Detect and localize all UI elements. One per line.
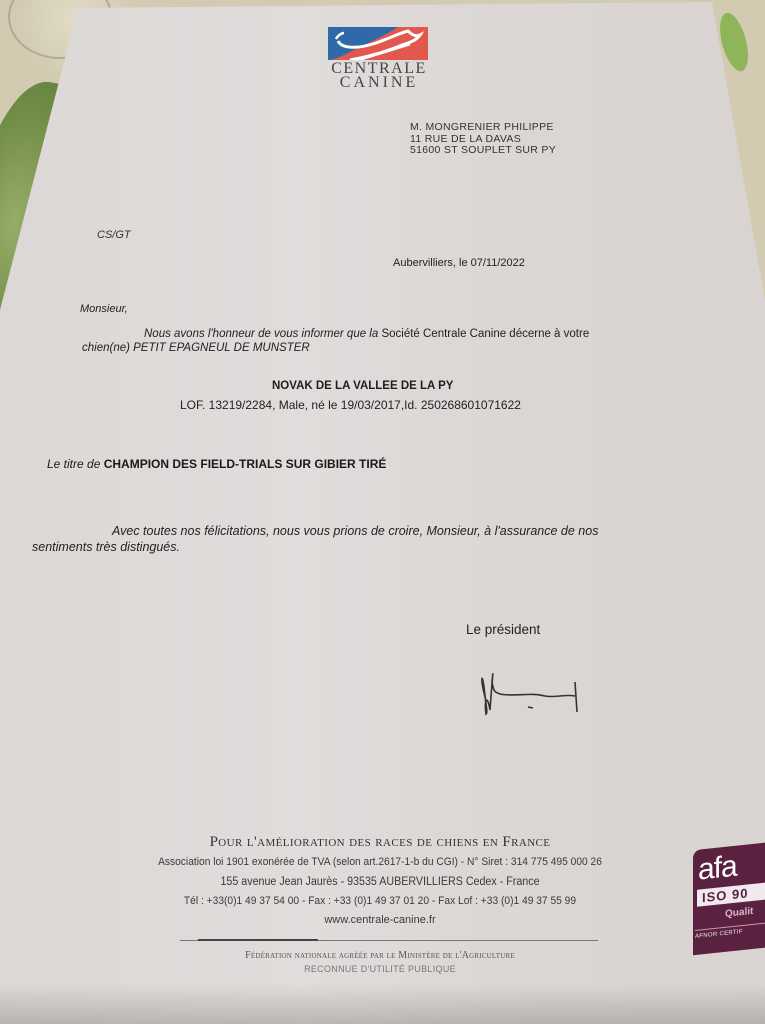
centrale-canine-logo-icon bbox=[328, 27, 428, 60]
dog-details: LOF. 13219/2284, Male, né le 19/03/2017,… bbox=[180, 398, 521, 412]
place-date: Aubervilliers, le 07/11/2022 bbox=[393, 257, 525, 269]
signatory-label: Le président bbox=[466, 622, 540, 637]
afaq-brand: afa bbox=[698, 850, 737, 888]
closing-paragraph: Avec toutes nos félicitations, nous vous… bbox=[32, 523, 762, 555]
org-name: Centrale Canine bbox=[310, 62, 448, 90]
org-name-line2: Canine bbox=[310, 76, 448, 90]
signature-icon bbox=[470, 652, 590, 722]
reference-code: CS/GT bbox=[97, 229, 131, 241]
recipient-address: M. MONGRENIER PHILIPPE 11 RUE DE LA DAVA… bbox=[410, 122, 556, 157]
recipient-name: M. MONGRENIER PHILIPPE bbox=[410, 122, 556, 134]
footer-address: 155 avenue Jean Jaurès - 93535 AUBERVILL… bbox=[120, 876, 641, 888]
footer-legal: Association loi 1901 exonérée de TVA (se… bbox=[120, 856, 641, 868]
salutation: Monsieur, bbox=[80, 303, 128, 315]
award-title: Le titre de CHAMPION DES FIELD-TRIALS SU… bbox=[47, 457, 386, 471]
quality-label: Qualit bbox=[725, 906, 753, 920]
intro-paragraph: Nous avons l'honneur de vous informer qu… bbox=[82, 327, 722, 355]
afnor-certification: AFNOR CERTIF bbox=[695, 922, 765, 940]
recipient-city: 51600 ST SOUPLET SUR PY bbox=[410, 145, 556, 157]
footer-website: www.centrale-canine.fr bbox=[100, 914, 660, 926]
footer-phones: Tél : +33(0)1 49 37 54 00 - Fax : +33 (0… bbox=[120, 895, 641, 907]
letter-page: Centrale Canine M. MONGRENIER PHILIPPE 1… bbox=[0, 0, 765, 1024]
afaq-iso-certification-badge: afa ISO 90 Qualit AFNOR CERTIF bbox=[693, 842, 765, 955]
footer-motto: Pour l'amélioration des races de chiens … bbox=[100, 834, 660, 851]
dog-name: NOVAK DE LA VALLEE DE LA PY bbox=[272, 380, 453, 392]
footer-recognition: RECONNUE D'UTILITÉ PUBLIQUE bbox=[100, 964, 660, 974]
footer-federation: Fédération nationale agréée par le Minis… bbox=[100, 950, 660, 961]
